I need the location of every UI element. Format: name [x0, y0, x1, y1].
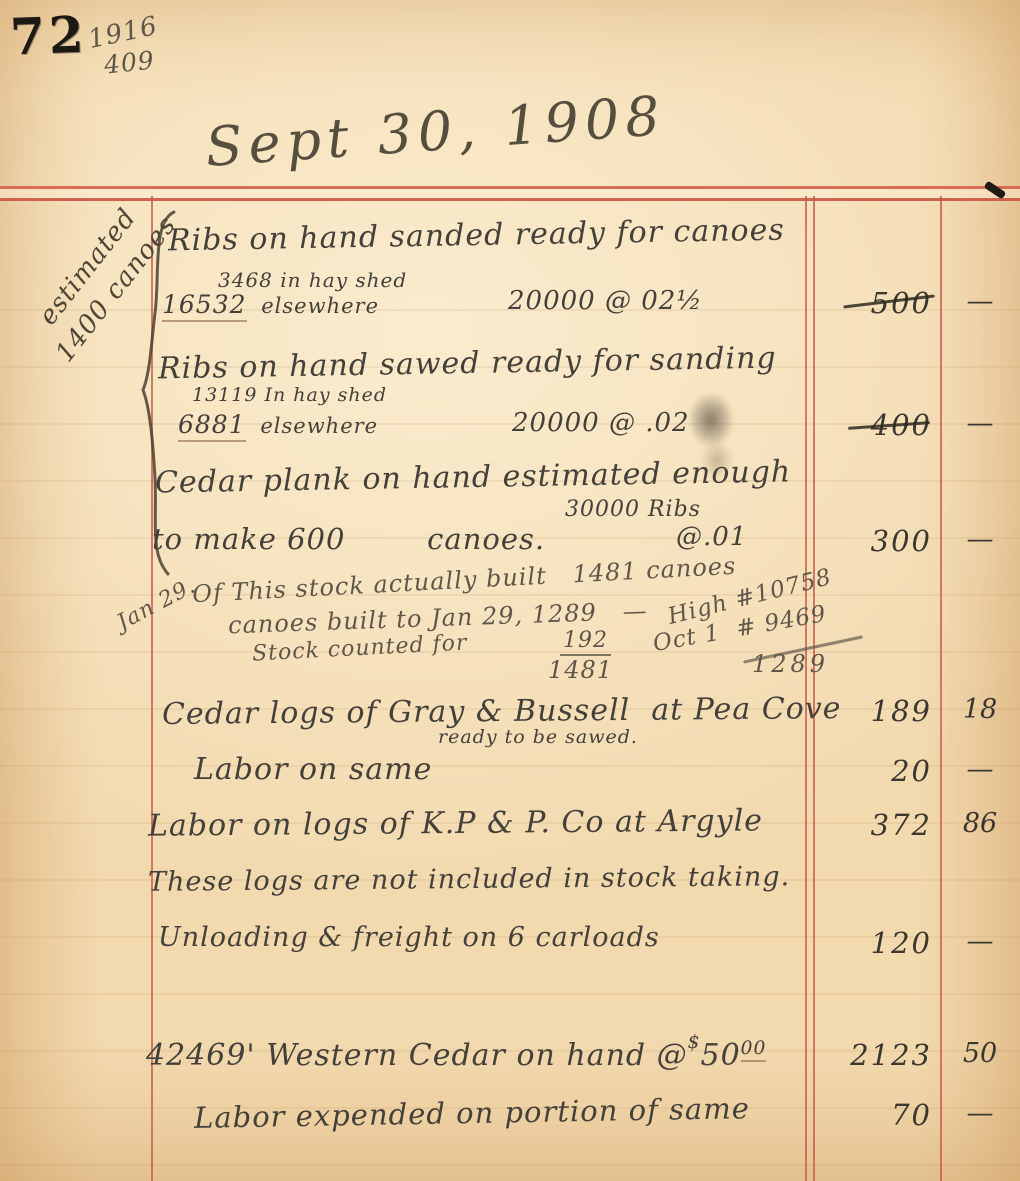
entry-cedar-plank-detail1: 30000 Ribs — [565, 497, 701, 522]
entry-labor-argyle-description: Labor on logs of K.P & P. Co at Argyle — [148, 803, 763, 843]
entry-western-cedar-description: 42469' Western Cedar on hand @$5000 — [146, 1038, 766, 1073]
entry-labor-same-description: Labor on same — [194, 752, 432, 787]
entry-unloading-cents: — — [945, 926, 1015, 957]
entry-ribs-sawed-elsewhere: elsewhere — [260, 414, 378, 438]
entry-labor-portion-dollars: 70 — [820, 1098, 932, 1132]
amount-column-rule-outer — [805, 196, 807, 1181]
pencil-note-fraction-top: 192 — [560, 628, 611, 653]
page-number-stamp: 72 — [9, 5, 89, 67]
entry-western-cedar-rate-cents: 00 — [741, 1038, 767, 1062]
entry-ribs-sanded-description: Ribs on hand sanded ready for canoes — [168, 213, 785, 259]
entry-western-cedar-text: 42469' Western Cedar on hand — [146, 1038, 657, 1073]
entry-labor-same-cents: — — [945, 754, 1015, 785]
entry-ribs-sanded-detail2: 16532 elsewhere — [162, 290, 379, 319]
entry-ribs-sawed-qty: 6881 — [178, 410, 246, 442]
entry-western-cedar-dollars: 2123 — [820, 1038, 932, 1072]
entry-ribs-sanded-cents: — — [945, 286, 1015, 317]
entry-cedar-logs-dollars: 189 — [820, 694, 932, 728]
ink-smudge — [688, 392, 734, 448]
entry-western-cedar-currency: $ — [688, 1032, 701, 1053]
entry-labor-argyle-cents: 86 — [945, 808, 1015, 839]
entry-western-cedar-rate-amount: 50 — [700, 1038, 740, 1073]
entry-cedar-plank-dollars: 300 — [820, 524, 932, 558]
entry-ribs-sanded-detail1: 3468 in hay shed — [218, 268, 407, 292]
entry-cedar-plank-line2: to make 600 canoes. — [152, 522, 545, 556]
entry-ribs-sawed-detail2: 6881 elsewhere — [178, 410, 378, 439]
entry-western-cedar-cents: 50 — [945, 1038, 1015, 1069]
entry-ribs-sanded-qty-label — [247, 294, 262, 318]
entry-cedar-logs-cents: 18 — [945, 694, 1015, 725]
pencil-note-fraction-bottom: 1481 — [548, 656, 613, 684]
entry-labor-same-dollars: 20 — [820, 754, 932, 788]
entry-cedar-plank-cents: — — [945, 524, 1015, 555]
entry-labor-argyle-dollars: 372 — [820, 808, 932, 842]
entry-cedar-plank-calc: @.01 — [676, 522, 747, 552]
entry-ribs-sawed-qty-label — [246, 414, 261, 438]
entry-stock-taking-note: These logs are not included in stock tak… — [148, 861, 790, 898]
entry-western-cedar-rate-at: @ — [657, 1038, 688, 1073]
entry-ribs-sanded-qty: 16532 — [162, 290, 247, 322]
entry-cedar-logs-detail1: ready to be sawed. — [438, 726, 638, 748]
pencil-note-fraction-top-value: 192 — [560, 628, 611, 656]
cents-column-rule — [940, 196, 942, 1181]
entry-ribs-sawed-cents: — — [945, 408, 1015, 439]
amount-column-rule-inner — [813, 196, 815, 1181]
entry-ribs-sawed-calc: 20000 @ .02 — [512, 408, 690, 438]
pencil-note-right3: 1289 — [752, 650, 829, 678]
page-title-date: Sept 30, 1908 — [203, 84, 667, 179]
entry-ribs-sawed-detail1: 13119 In hay shed — [192, 384, 387, 406]
entry-labor-portion-cents: — — [945, 1098, 1015, 1129]
entry-unloading-dollars: 120 — [820, 926, 932, 960]
ink-smudge-faint — [700, 440, 734, 480]
corner-note-number: 409 — [103, 45, 156, 79]
entry-ribs-sanded-elsewhere: elsewhere — [261, 294, 379, 318]
entry-ribs-sanded-calc: 20000 @ 02½ — [508, 286, 703, 316]
entry-unloading-description: Unloading & freight on 6 carloads — [158, 922, 660, 953]
ledger-page: 72 1916 409 Sept 30, 1908 estimated 1400… — [0, 0, 1020, 1181]
